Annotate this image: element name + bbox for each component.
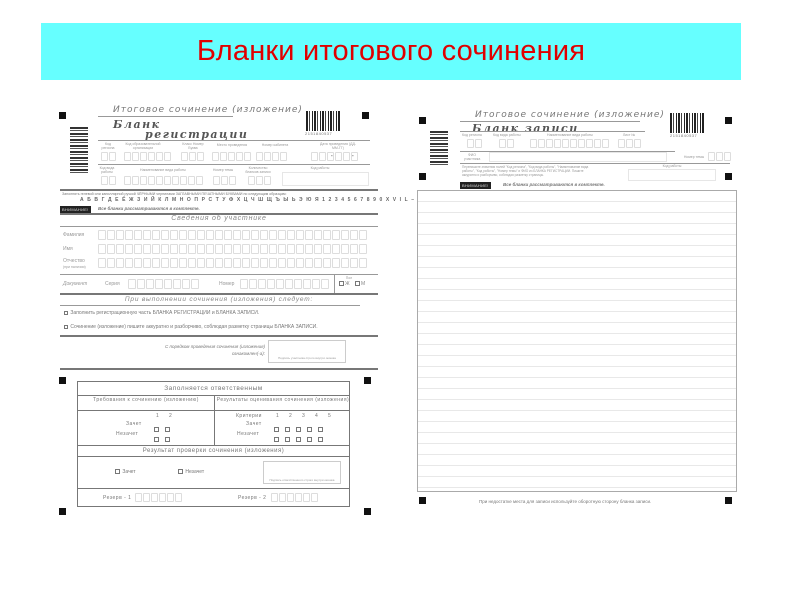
field-label-sheet-count: Количество бланков записи	[244, 166, 272, 174]
result-pass-option: Зачет	[114, 469, 136, 475]
date-cells[interactable]	[311, 152, 358, 161]
field-label-region-code: Код региона	[462, 133, 480, 137]
alignment-marker	[59, 377, 66, 384]
surname-label: Фамилия	[63, 232, 84, 238]
check-result-row: Зачет Незачет Подпись ответственного стр…	[78, 457, 349, 489]
criteria-col: 1	[276, 413, 279, 419]
barcode-vertical-icon	[70, 127, 88, 173]
req-col-1: 1	[156, 413, 159, 419]
work-type-name-cells[interactable]	[530, 139, 609, 148]
barcode-vertical-icon	[430, 131, 448, 165]
field-label-class: Класс Номер Буква	[181, 142, 205, 150]
alignment-marker	[364, 508, 371, 515]
reserve-row: Резерв - 1 Резерв - 2	[78, 489, 349, 507]
divider	[60, 368, 378, 370]
warning-tag: ВНИМАНИЕ!	[460, 182, 491, 189]
class-cells[interactable]	[181, 152, 204, 161]
number-label: Номер	[219, 281, 234, 287]
check-result-heading: Результат проверки сочинения (изложения)	[78, 448, 349, 454]
date-separator: -	[352, 153, 354, 159]
req-fail-2-checkbox[interactable]	[165, 437, 170, 442]
alignment-marker	[59, 112, 66, 119]
check-icon	[64, 325, 68, 329]
req-pass-label: Зачет	[126, 421, 142, 427]
criteria-label: Критерии	[236, 413, 262, 419]
field-label-work-type-code: Код вида работы	[99, 166, 115, 174]
first-name-label: Имя	[63, 246, 73, 252]
slide: Бланки итогового сочинения 2151840537 Ит…	[0, 0, 800, 600]
gender-male-checkbox[interactable]	[355, 281, 360, 286]
criteria-fail-checkbox[interactable]	[318, 437, 323, 442]
acknowledgement-text: С порядком проведения сочинения (изложен…	[145, 343, 265, 357]
instruction-item: Заполнить регистрационную часть БЛАНКА Р…	[63, 310, 259, 316]
venue-cells[interactable]	[212, 152, 251, 161]
check-result-heading-row: Результат проверки сочинения (изложения)	[78, 446, 349, 457]
date-separator: -	[331, 153, 333, 159]
divider	[60, 189, 378, 191]
criteria-fail-checkbox[interactable]	[296, 437, 301, 442]
field-label-work-type-name: Наименование вида работы	[135, 168, 191, 172]
gender-male-label: М	[361, 281, 365, 287]
work-code-box[interactable]	[282, 172, 369, 186]
divider	[60, 305, 360, 306]
field-label-work-type-code: Код вида работы	[493, 133, 517, 137]
series-label: Серия	[105, 281, 120, 287]
field-label-sheet-number: Лист №	[622, 133, 636, 137]
result-pass-label: Зачет	[122, 469, 135, 475]
reserve-1-cells[interactable]	[135, 493, 182, 502]
alignment-marker	[419, 173, 426, 180]
result-fail-checkbox[interactable]	[178, 469, 183, 474]
alphabet-sample: А Б В Г Д Е Ё Ж З И Й К Л М Н О П Р С Т …	[80, 197, 415, 203]
requirements-heading: Требования к сочинению (изложению)	[78, 397, 214, 403]
number-cells[interactable]	[240, 279, 329, 289]
divider	[60, 335, 378, 337]
topic-number-cells[interactable]	[213, 176, 236, 185]
region-code-cells[interactable]	[101, 152, 116, 161]
participant-section-heading: Сведения об участнике	[60, 215, 378, 222]
form-header: Итоговое сочинение (изложение)	[113, 105, 303, 115]
divider	[98, 164, 370, 165]
transfer-instruction: Перепишите значения полей "Код региона",…	[462, 166, 592, 177]
gender-options: Ж М	[338, 281, 365, 287]
gender-female-label: Ж	[345, 281, 350, 287]
warning-text: Все бланки рассматриваются в комплекте.	[503, 182, 605, 187]
region-code-cells[interactable]	[467, 139, 482, 148]
form-header: Итоговое сочинение (изложение)	[475, 110, 665, 120]
patronymic-note: (при наличии)	[63, 265, 93, 269]
fio-input[interactable]	[489, 152, 667, 162]
criteria-col: 4	[315, 413, 318, 419]
fill-instruction: Заполнять гелевой или капиллярной ручкой…	[62, 192, 372, 196]
barcode-number: 2151840537	[305, 131, 332, 136]
series-cells[interactable]	[128, 279, 199, 289]
result-pass-checkbox[interactable]	[115, 469, 120, 474]
instruction-item: Сочинение (изложение) пишите аккуратно и…	[63, 324, 318, 330]
divider	[460, 131, 645, 132]
instruction-text: Заполнить регистрационную часть БЛАНКА Р…	[70, 310, 259, 316]
reserve-1-label: Резерв - 1	[103, 495, 131, 501]
field-label-venue: Место проведения	[214, 143, 250, 147]
document-label: Документ	[63, 281, 87, 287]
responsible-heading: Заполняется ответственным	[78, 385, 349, 392]
reserve-2-label: Резерв - 2	[238, 495, 266, 501]
alignment-marker	[59, 508, 66, 515]
alignment-marker	[362, 112, 369, 119]
slide-title: Бланки итогового сочинения	[197, 35, 585, 68]
criteria-col: 3	[302, 413, 305, 419]
criteria-fail-checkbox[interactable]	[307, 437, 312, 442]
alignment-marker	[725, 117, 732, 124]
signature-caption: Подпись участника строго внутри окошка	[268, 356, 346, 360]
topic-number-label: Номер темы	[683, 155, 705, 159]
surname-cells[interactable]	[98, 230, 367, 240]
divider	[98, 140, 370, 141]
req-fail-label: Незачет	[116, 431, 138, 437]
results-heading: Результаты оценивания сочинения (изложен…	[215, 397, 351, 403]
field-label-region-code: Код региона	[100, 142, 116, 150]
criteria-pass-label: Зачет	[246, 421, 262, 427]
work-type-name-cells[interactable]	[124, 176, 203, 185]
field-label-date: Дата проведения (ДД-ММ-ГГ)	[318, 142, 358, 150]
check-icon	[64, 311, 68, 315]
divider	[460, 163, 730, 164]
work-code-box[interactable]	[628, 169, 716, 181]
topic-number-cells[interactable]	[708, 152, 731, 161]
divider	[60, 293, 378, 295]
instruction-text: Сочинение (изложение) пишите аккуратно и…	[70, 324, 317, 330]
field-label-work-code: Код работы	[300, 166, 340, 170]
title-banner: Бланки итогового сочинения	[41, 23, 741, 80]
alignment-marker	[364, 377, 371, 384]
barcode-icon	[306, 111, 340, 131]
criteria-fail-checkbox[interactable]	[274, 437, 279, 442]
alignment-marker	[419, 117, 426, 124]
work-type-code-cells[interactable]	[499, 139, 514, 148]
patronymic-label: Отчество	[63, 258, 85, 264]
criteria-col: 2	[289, 413, 292, 419]
instructions-heading: При выполнении сочинения (изложения) сле…	[60, 296, 378, 303]
gender-label: Пол	[343, 276, 355, 280]
divider	[334, 274, 335, 294]
org-code-cells[interactable]	[124, 152, 171, 161]
field-label-room: Номер кабинета	[258, 143, 292, 147]
criteria-col: 5	[328, 413, 331, 419]
divider	[60, 274, 378, 275]
barcode-icon	[670, 113, 704, 133]
first-name-cells[interactable]	[98, 244, 367, 254]
sheet-count-cells[interactable]	[248, 176, 271, 185]
work-code-label: Код работы	[660, 164, 684, 168]
responsible-heading-row: Заполняется ответственным	[78, 382, 349, 396]
alignment-marker	[725, 173, 732, 180]
warning-text: Все бланки рассматриваются в комплекте.	[98, 206, 200, 211]
responsible-section: Заполняется ответственным Требования к с…	[77, 381, 350, 507]
req-fail-1-checkbox[interactable]	[154, 437, 159, 442]
field-label-org-code: Код образовательной организации	[123, 142, 163, 150]
result-fail-label: Незачет	[185, 469, 204, 475]
writing-area[interactable]	[417, 190, 737, 492]
field-label-work-type-name: Наименование вида работы	[545, 133, 595, 137]
gender-female-checkbox[interactable]	[339, 281, 344, 286]
room-cells[interactable]	[256, 152, 287, 161]
work-type-code-cells[interactable]	[101, 176, 116, 185]
reserve-2-cells[interactable]	[271, 493, 318, 502]
fio-label: ФИО участника	[464, 153, 480, 161]
criteria-fail-label: Незачет	[237, 431, 259, 437]
divider	[60, 226, 378, 227]
req-col-2: 2	[169, 413, 172, 419]
responsible-signature-caption: Подпись ответственного строго внутри око…	[263, 478, 341, 482]
divider	[98, 116, 233, 117]
result-fail-option: Незачет	[177, 469, 204, 475]
barcode-number: 2151840537	[670, 133, 697, 138]
footer-note: При недостатке места для записи использу…	[479, 499, 651, 504]
sheet-number-cells[interactable]	[618, 139, 641, 148]
warning-tag: ВНИМАНИЕ!	[60, 206, 91, 213]
alignment-marker	[419, 497, 426, 504]
field-label-topic-number: Номер темы	[210, 168, 236, 172]
criteria-row: 1 2 Зачет Незачет Критерии 1 2 3 4 5 Зач…	[78, 411, 349, 446]
alignment-marker	[725, 497, 732, 504]
patronymic-cells[interactable]	[98, 258, 367, 268]
criteria-fail-checkbox[interactable]	[285, 437, 290, 442]
